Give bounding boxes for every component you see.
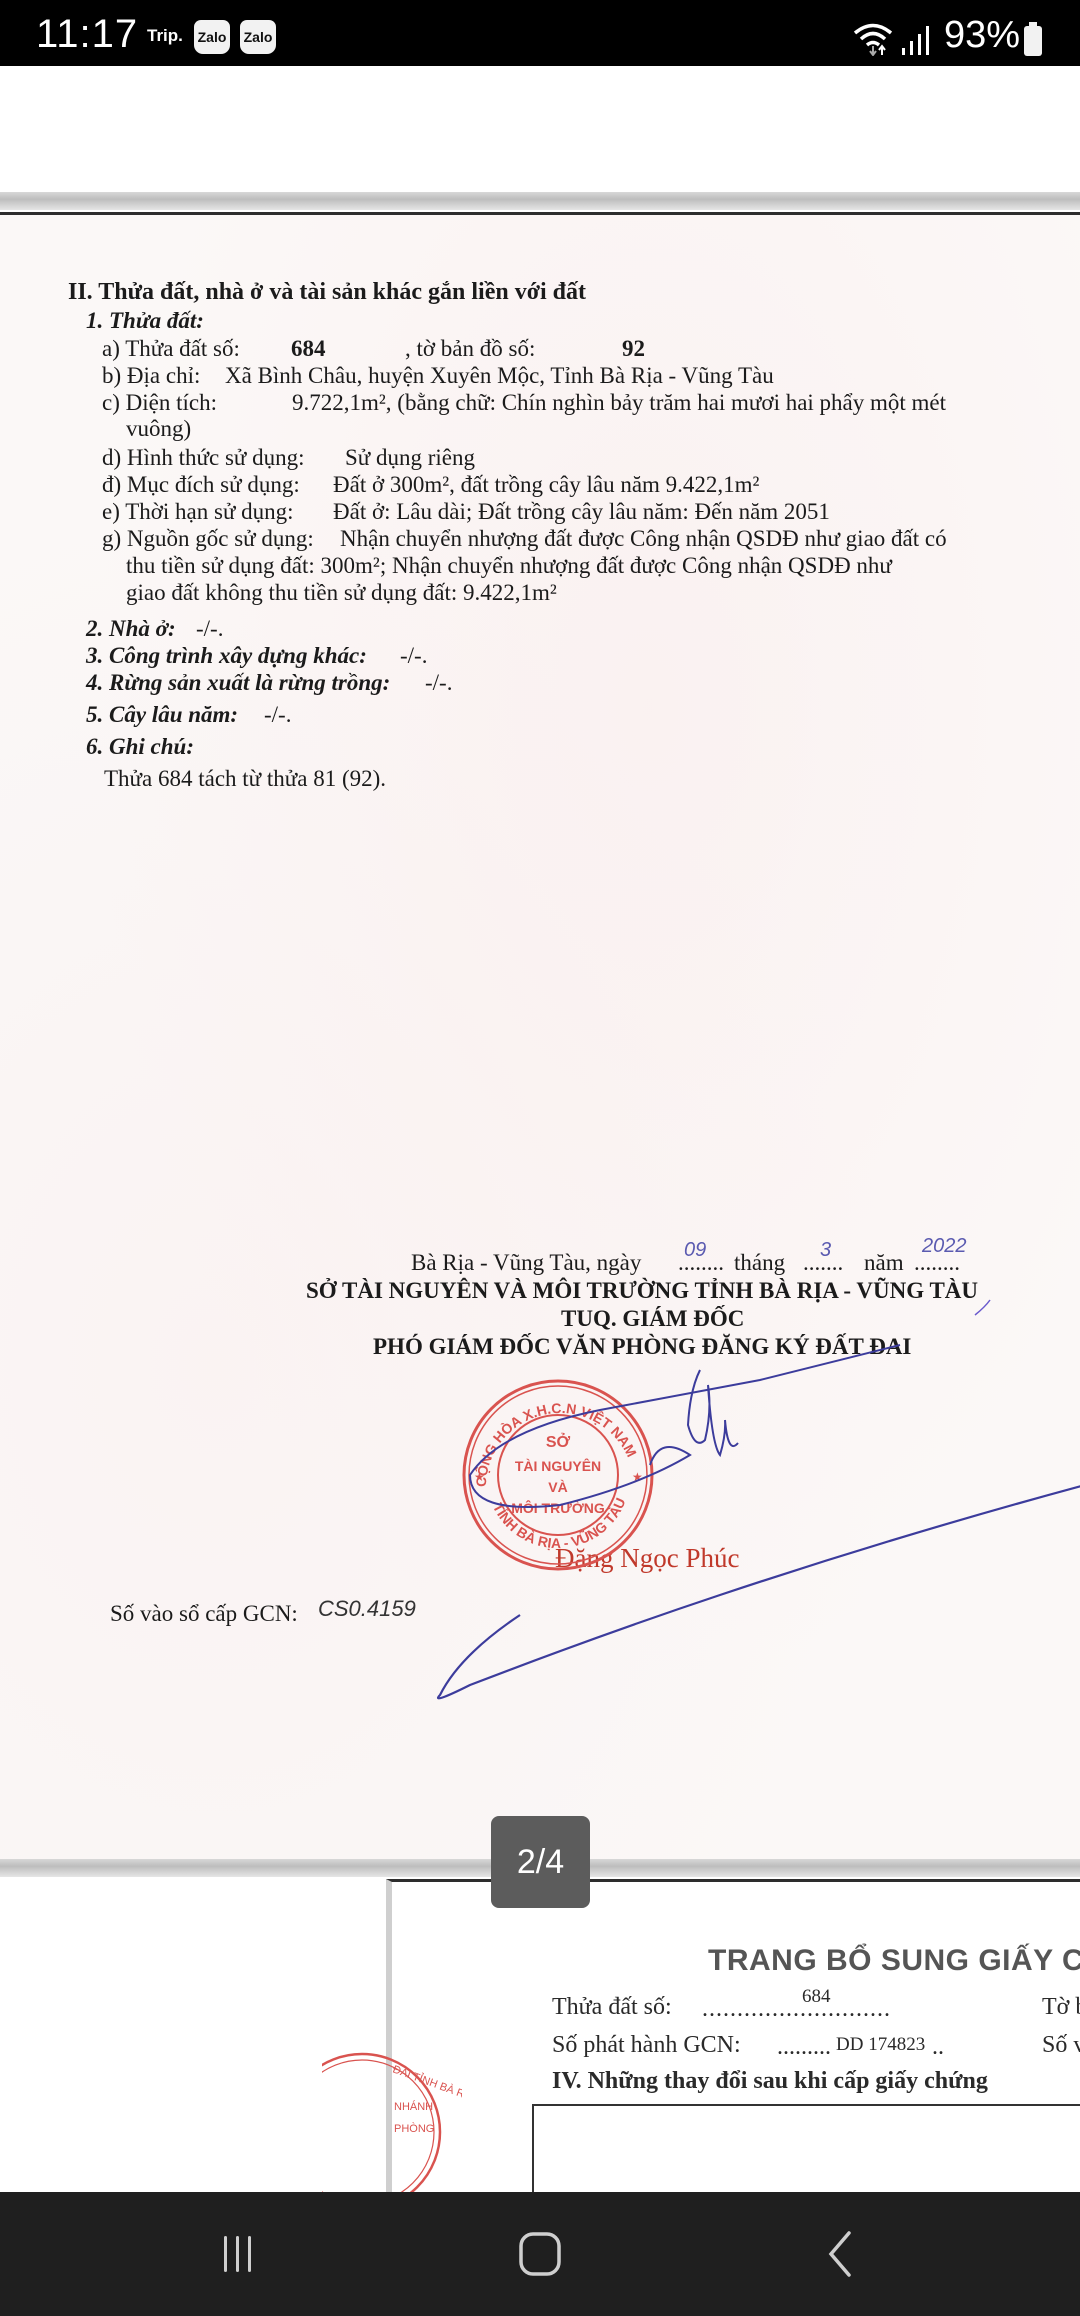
item-2-title: 2. Nhà ở: bbox=[86, 615, 176, 642]
item-5-title: 5. Cây lâu năm: bbox=[86, 701, 238, 728]
date-year-label: năm bbox=[864, 1249, 904, 1276]
notification-zalo-icon: Zalo bbox=[240, 20, 276, 54]
page-separator bbox=[0, 192, 1080, 210]
item-6-title: 6. Ghi chú: bbox=[86, 733, 194, 760]
home-button[interactable] bbox=[500, 2224, 580, 2284]
page2-gcn-label: Số phát hành GCN: bbox=[552, 2032, 741, 2059]
battery-percent: 93% bbox=[944, 14, 1020, 57]
usage-origin-value-cont: thu tiền sử dụng đất: 300m²; Nhận chuyển… bbox=[126, 552, 892, 579]
page2-gcn-value: DD 174823 bbox=[836, 2034, 925, 2056]
page2-title: TRANG BỔ SUNG GIẤY C bbox=[708, 1944, 1080, 1978]
date-prefix: Bà Rịa - Vũng Tàu, ngày bbox=[411, 1249, 641, 1276]
svg-text:TÀI NGUYÊN: TÀI NGUYÊN bbox=[515, 1457, 601, 1474]
item-5-value: -/-. bbox=[264, 701, 291, 728]
navigation-bar bbox=[0, 2192, 1080, 2316]
page2-parcel-label: Thửa đất số: bbox=[552, 1994, 672, 2021]
back-icon bbox=[825, 2230, 855, 2278]
home-icon bbox=[518, 2230, 562, 2278]
wifi-icon bbox=[852, 22, 894, 56]
date-day: 09 bbox=[684, 1237, 706, 1264]
usage-origin-value-cont2: giao đất không thu tiền sử dụng đất: 9.4… bbox=[126, 579, 557, 606]
partial-seal-icon: ĐAI TỈNH BÀ RỊA NHÁNH PHÒNG bbox=[322, 2042, 462, 2192]
parcel-number-label: a) Thửa đất số: bbox=[102, 335, 240, 362]
note-text: Thửa 684 tách từ thửa 81 (92). bbox=[104, 765, 386, 792]
parcel-number-value: 684 bbox=[291, 335, 326, 362]
item-3-value: -/-. bbox=[400, 642, 427, 669]
area-value: 9.722,1m², (bằng chữ: Chín nghìn bảy tră… bbox=[292, 389, 946, 416]
status-bar: 11:17 Trip. Zalo Zalo 93% bbox=[0, 0, 1080, 66]
signer-title: PHÓ GIÁM ĐỐC VĂN PHÒNG ĐĂNG KÝ ĐẤT ĐAI bbox=[373, 1333, 911, 1360]
svg-text:★: ★ bbox=[632, 1470, 643, 1484]
page2-section-iv: IV. Những thay đổi sau khi cấp giấy chứn… bbox=[552, 2068, 988, 2095]
notification-zalo-icon: Zalo bbox=[194, 20, 230, 54]
usage-form-value: Sử dụng riêng bbox=[345, 444, 475, 471]
usage-origin-label: g) Nguồn gốc sử dụng: bbox=[102, 525, 314, 552]
svg-text:NHÁNH: NHÁNH bbox=[394, 2100, 433, 2113]
page2-registry-label: Số v bbox=[1042, 2032, 1080, 2059]
map-sheet-label: , tờ bản đồ số: bbox=[405, 335, 535, 362]
date-month-label: tháng bbox=[734, 1249, 785, 1276]
area-value-cont: vuông) bbox=[126, 415, 191, 442]
item-3-title: 3. Công trình xây dựng khác: bbox=[86, 642, 367, 669]
recents-icon bbox=[218, 2232, 258, 2276]
address-value: Xã Bình Châu, huyện Xuyên Mộc, Tỉnh Bà R… bbox=[225, 362, 774, 389]
registry-value: CS0.4159 bbox=[318, 1595, 416, 1622]
document-page-2[interactable]: TRANG BỔ SUNG GIẤY C Thửa đất số: ......… bbox=[386, 1879, 1080, 2192]
svg-text:★: ★ bbox=[474, 1470, 485, 1484]
usage-term-label: e) Thời hạn sử dụng: bbox=[102, 498, 294, 525]
usage-purpose-label: đ) Mục đích sử dụng: bbox=[102, 471, 300, 498]
item-4-title: 4. Rừng sản xuất là rừng trồng: bbox=[86, 669, 390, 696]
svg-text:MÔI TRƯỜNG: MÔI TRƯỜNG bbox=[511, 1499, 605, 1516]
page-indicator: 2/4 bbox=[491, 1816, 590, 1908]
registry-label: Số vào sổ cấp GCN: bbox=[110, 1600, 298, 1627]
page2-parcel-value: 684 bbox=[802, 1986, 831, 2008]
item-2-value: -/-. bbox=[196, 615, 223, 642]
svg-text:PHÒNG: PHÒNG bbox=[394, 2122, 434, 2135]
signal-icon bbox=[900, 24, 932, 56]
item-4-value: -/-. bbox=[425, 669, 452, 696]
item-1-title: 1. Thửa đất: bbox=[86, 307, 204, 334]
official-seal-icon: CỘNG HÒA X.H.C.N VIỆT NAM TỈNH BÀ RỊA - … bbox=[458, 1375, 658, 1575]
page2-map-label: Tờ b bbox=[1042, 1994, 1080, 2021]
date-month: 3 bbox=[820, 1237, 831, 1264]
date-year: 2022 bbox=[922, 1233, 967, 1260]
notification-trip-icon: Trip. bbox=[147, 26, 183, 46]
document-viewer[interactable]: II. Thửa đất, nhà ở và tài sản khác gắn … bbox=[0, 66, 1080, 2192]
section-title: II. Thửa đất, nhà ở và tài sản khác gắn … bbox=[68, 279, 586, 306]
usage-form-label: d) Hình thức sử dụng: bbox=[102, 444, 305, 471]
area-label: c) Diện tích: bbox=[102, 389, 217, 416]
map-sheet-value: 92 bbox=[622, 335, 645, 362]
address-label: b) Địa chỉ: bbox=[102, 362, 200, 389]
recents-button[interactable] bbox=[198, 2224, 278, 2284]
tuq-title: TUQ. GIÁM ĐỐC bbox=[561, 1305, 744, 1332]
svg-text:SỞ: SỞ bbox=[546, 1432, 571, 1451]
status-time: 11:17 bbox=[36, 12, 138, 57]
svg-text:ĐAI TỈNH BÀ RỊA: ĐAI TỈNH BÀ RỊA bbox=[391, 2063, 462, 2105]
back-button[interactable] bbox=[800, 2224, 880, 2284]
svg-text:VÀ: VÀ bbox=[548, 1479, 567, 1495]
document-page-1[interactable]: II. Thửa đất, nhà ở và tài sản khác gắn … bbox=[0, 212, 1080, 1860]
usage-purpose-value: Đất ở 300m², đất trồng cây lâu năm 9.422… bbox=[333, 471, 759, 498]
authority-name: SỞ TÀI NGUYÊN VÀ MÔI TRƯỜNG TỈNH BÀ RỊA … bbox=[306, 1277, 978, 1304]
usage-origin-value: Nhận chuyển nhượng đất được Công nhận QS… bbox=[340, 525, 947, 552]
usage-term-value: Đất ở: Lâu dài; Đất trồng cây lâu năm: Đ… bbox=[333, 498, 830, 525]
battery-icon bbox=[1024, 26, 1042, 56]
